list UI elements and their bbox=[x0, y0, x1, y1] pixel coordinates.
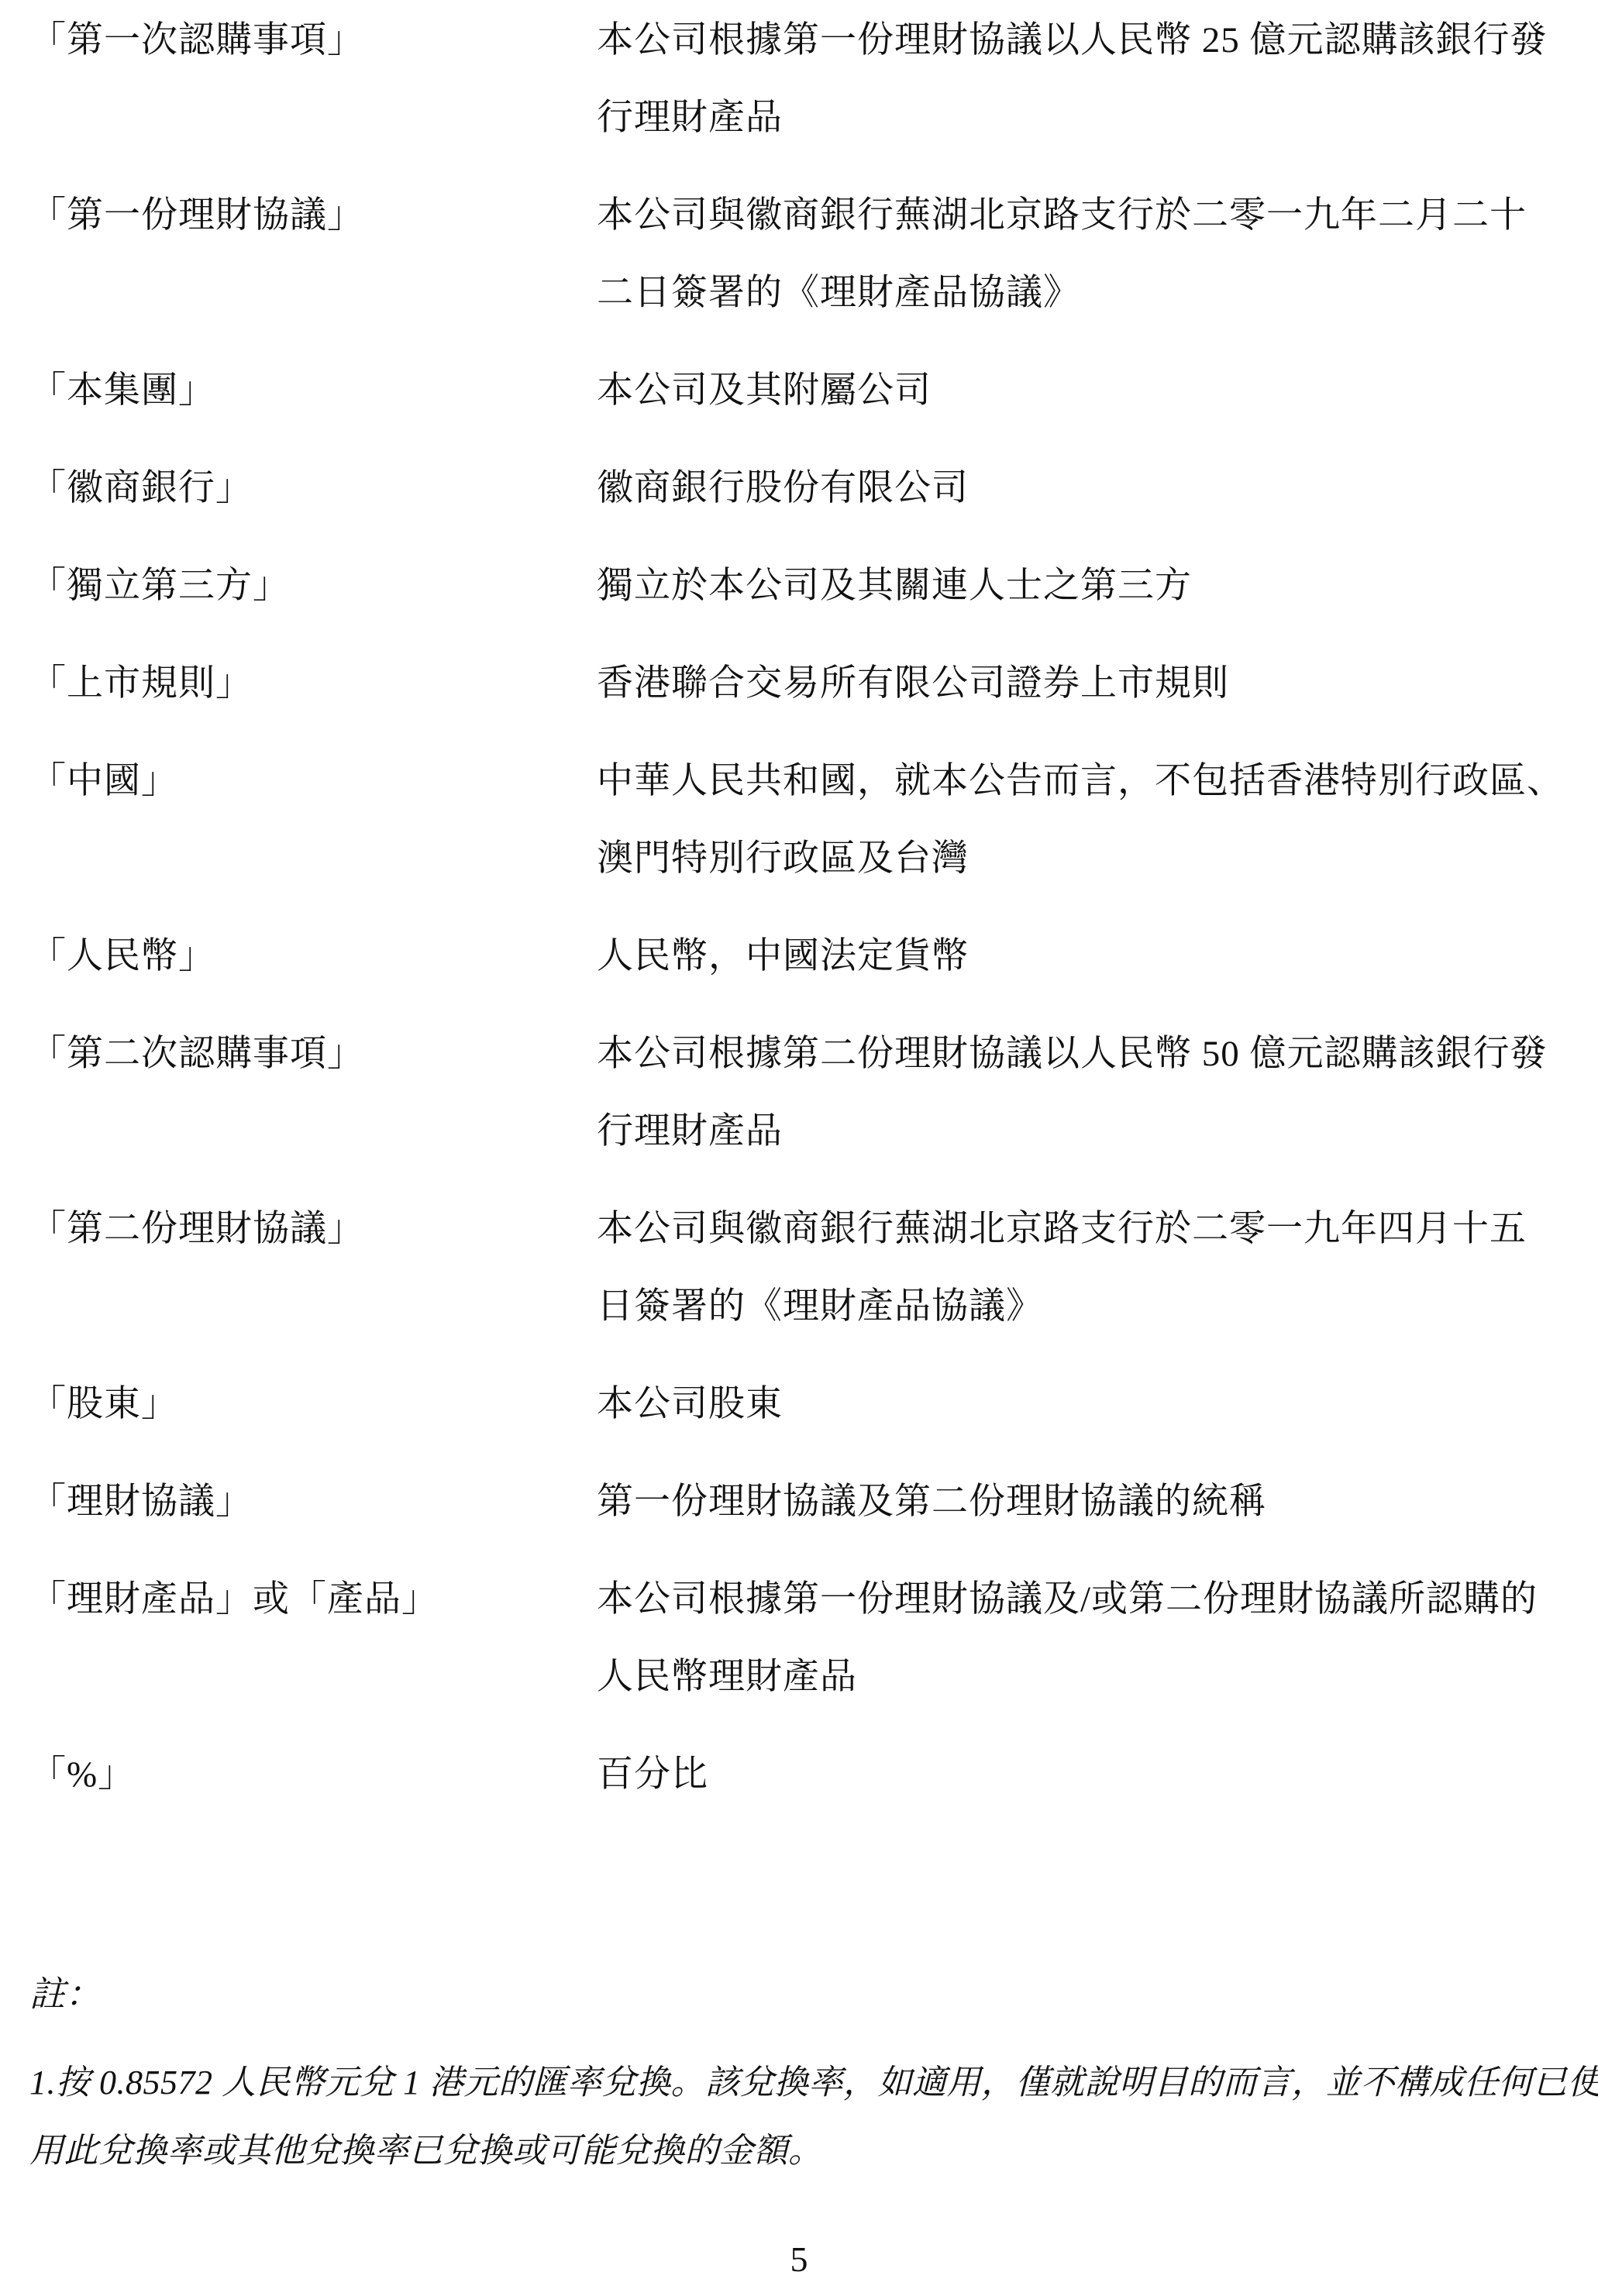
definition-term: 「獨立第三方」 bbox=[29, 547, 597, 625]
definition-text: 徽商銀行股份有限公司 bbox=[597, 449, 1583, 527]
definition-term: 「上市規則」 bbox=[29, 645, 597, 722]
definition-text: 中華人民共和國，就本公告而言，不包括香港特別行政區、 澳門特別行政區及台灣 bbox=[597, 742, 1583, 897]
definition-row: 「理財協議」 第一份理財協議及第二份理財協議的統稱 bbox=[29, 1463, 1583, 1540]
definition-term: 「徽商銀行」 bbox=[29, 449, 597, 527]
definition-term: 「中國」 bbox=[29, 742, 597, 820]
definition-term: 「第二次認購事項」 bbox=[29, 1015, 597, 1093]
definition-term: 「本集團」 bbox=[29, 352, 597, 429]
definition-term: 「理財協議」 bbox=[29, 1463, 597, 1540]
definition-text: 本公司及其附屬公司 bbox=[597, 352, 1583, 429]
definition-text: 獨立於本公司及其關連人士之第三方 bbox=[597, 547, 1583, 625]
definition-row: 「股東」 本公司股東 bbox=[29, 1365, 1583, 1443]
definition-text: 第一份理財協議及第二份理財協議的統稱 bbox=[597, 1463, 1583, 1540]
definition-text: 本公司根據第一份理財協議及/或第二份理財協議所認購的 人民幣理財產品 bbox=[597, 1561, 1583, 1716]
definition-text: 本公司根據第二份理財協議以人民幣 50 億元認購該銀行發 行理財產品 bbox=[597, 1015, 1583, 1170]
definition-text: 香港聯合交易所有限公司證券上市規則 bbox=[597, 645, 1583, 722]
definition-row: 「本集團」 本公司及其附屬公司 bbox=[29, 352, 1583, 429]
definition-row: 「人民幣」 人民幣，中國法定貨幣 bbox=[29, 917, 1583, 995]
definitions-list: 「第一次認購事項」 本公司根據第一份理財協議以人民幣 25 億元認購該銀行發 行… bbox=[29, 2, 1583, 1813]
definition-term: 「第二份理財協議」 bbox=[29, 1190, 597, 1268]
definition-term: 「%」 bbox=[29, 1736, 597, 1813]
notes-section: 註： 1.按 0.85572 人民幣元兌 1 港元的匯率兌換。該兌換率，如適用，… bbox=[29, 1956, 1583, 2185]
definition-text: 本公司與徽商銀行蕪湖北京路支行於二零一九年四月十五 日簽署的《理財產品協議》 bbox=[597, 1190, 1583, 1345]
definition-term: 「第一次認購事項」 bbox=[29, 2, 597, 79]
note-item: 1.按 0.85572 人民幣元兌 1 港元的匯率兌換。該兌換率，如適用，僅就說… bbox=[29, 2049, 1583, 2185]
definition-text: 人民幣，中國法定貨幣 bbox=[597, 917, 1583, 995]
notes-heading: 註： bbox=[29, 1956, 1583, 2033]
definition-term: 「人民幣」 bbox=[29, 917, 597, 995]
definition-row: 「理財產品」或「產品」 本公司根據第一份理財協議及/或第二份理財協議所認購的 人… bbox=[29, 1561, 1583, 1716]
document-page: 「第一次認購事項」 本公司根據第一份理財協議以人民幣 25 億元認購該銀行發 行… bbox=[0, 0, 1598, 2296]
definition-row: 「第一次認購事項」 本公司根據第一份理財協議以人民幣 25 億元認購該銀行發 行… bbox=[29, 2, 1583, 157]
definition-row: 「獨立第三方」 獨立於本公司及其關連人士之第三方 bbox=[29, 547, 1583, 625]
definition-term: 「理財產品」或「產品」 bbox=[29, 1561, 597, 1638]
definition-term: 「股東」 bbox=[29, 1365, 597, 1443]
definition-text: 本公司股東 bbox=[597, 1365, 1583, 1443]
definition-row: 「第二份理財協議」 本公司與徽商銀行蕪湖北京路支行於二零一九年四月十五 日簽署的… bbox=[29, 1190, 1583, 1345]
definition-row: 「第一份理財協議」 本公司與徽商銀行蕪湖北京路支行於二零一九年二月二十 二日簽署… bbox=[29, 177, 1583, 332]
definition-text: 本公司與徽商銀行蕪湖北京路支行於二零一九年二月二十 二日簽署的《理財產品協議》 bbox=[597, 177, 1583, 332]
definition-text: 本公司根據第一份理財協議以人民幣 25 億元認購該銀行發 行理財產品 bbox=[597, 2, 1583, 157]
definition-row: 「上市規則」 香港聯合交易所有限公司證券上市規則 bbox=[29, 645, 1583, 722]
definition-row: 「第二次認購事項」 本公司根據第二份理財協議以人民幣 50 億元認購該銀行發 行… bbox=[29, 1015, 1583, 1170]
definition-term: 「第一份理財協議」 bbox=[29, 177, 597, 254]
definition-row: 「中國」 中華人民共和國，就本公告而言，不包括香港特別行政區、 澳門特別行政區及… bbox=[29, 742, 1583, 897]
definition-row: 「徽商銀行」 徽商銀行股份有限公司 bbox=[29, 449, 1583, 527]
definition-text: 百分比 bbox=[597, 1736, 1583, 1813]
definition-row: 「%」 百分比 bbox=[29, 1736, 1583, 1813]
page-number: 5 bbox=[0, 2238, 1598, 2281]
